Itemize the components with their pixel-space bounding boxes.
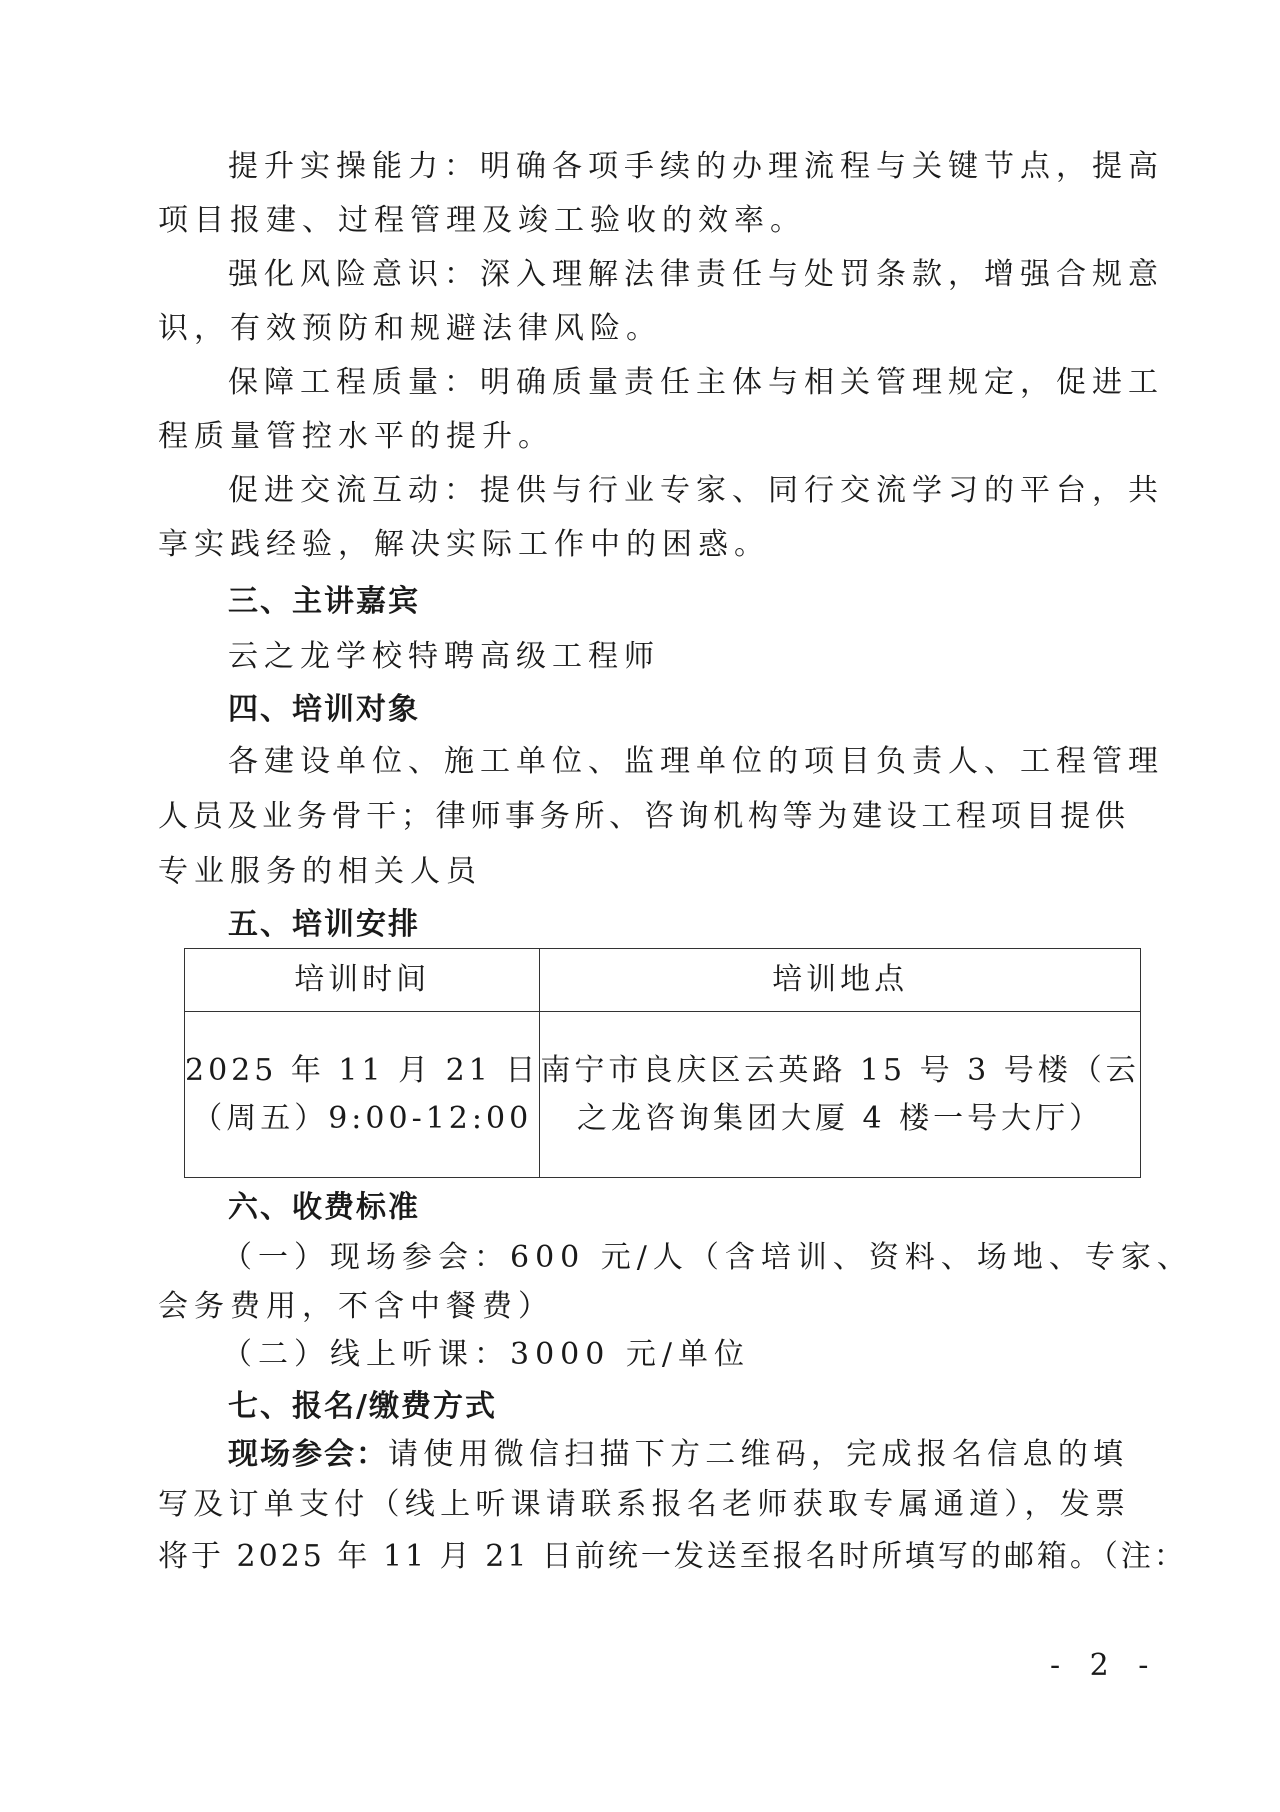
paragraph-quality-line-1: 保障工程质量：明确质量责任主体与相关管理规定，促进工 xyxy=(228,363,1128,403)
training-address-line-2: 之龙咨询集团大厦 4 楼一号大厅） xyxy=(540,1095,1139,1143)
registration-line-2: 写及订单支付（线上听课请联系报名老师获取专属通道），发票 xyxy=(158,1485,1128,1525)
fee-item-onsite-line-1: （一）现场参会：600 元/人（含培训、资料、场地、专家、 xyxy=(222,1238,1128,1278)
paragraph-risk-awareness-line-1: 强化风险意识：深入理解法律责任与处罚条款，增强合规意 xyxy=(228,255,1128,295)
header-training-time: 培训时间 xyxy=(185,949,540,1012)
page-number: - 2 - xyxy=(1050,1648,1158,1683)
section-heading-schedule: 五、培训安排 xyxy=(228,905,420,945)
training-date: 2025 年 11 月 21 日 xyxy=(185,1047,539,1095)
audience-line-2: 人员及业务骨干；律师事务所、咨询机构等为建设工程项目提供 xyxy=(158,797,1128,837)
section-heading-fees: 六、收费标准 xyxy=(228,1188,420,1228)
paragraph-exchange-line-1: 促进交流互动：提供与行业专家、同行交流学习的平台，共 xyxy=(228,471,1128,511)
registration-line-1-text: 请使用微信扫描下方二维码，完成报名信息的填 xyxy=(388,1435,1128,1475)
schedule-table-header-row: 培训时间 培训地点 xyxy=(185,949,1141,1012)
paragraph-practical-skills-line-1: 提升实操能力：明确各项手续的办理流程与关键节点，提高 xyxy=(228,147,1128,187)
cell-training-time: 2025 年 11 月 21 日 （周五）9:00-12:00 xyxy=(185,1012,540,1178)
registration-onsite-label: 现场参会： xyxy=(228,1435,388,1475)
training-hours: （周五）9:00-12:00 xyxy=(185,1095,539,1143)
section-heading-speaker: 三、主讲嘉宾 xyxy=(228,582,420,622)
cell-training-location: 南宁市良庆区云英路 15 号 3 号楼（云 之龙咨询集团大厦 4 楼一号大厅） xyxy=(540,1012,1140,1178)
section-heading-audience: 四、培训对象 xyxy=(228,690,420,730)
fee-item-online: （二）线上听课：3000 元/单位 xyxy=(222,1335,750,1375)
paragraph-risk-awareness-line-2: 识，有效预防和规避法律风险。 xyxy=(158,309,1128,349)
registration-line-1: 现场参会： 请使用微信扫描下方二维码，完成报名信息的填 xyxy=(228,1435,1128,1475)
paragraph-exchange-line-2: 享实践经验，解决实际工作中的困惑。 xyxy=(158,525,1128,565)
schedule-table: 培训时间 培训地点 2025 年 11 月 21 日 （周五）9:00-12:0… xyxy=(184,948,1141,1178)
fee-item-onsite-line-2: 会务费用，不含中餐费） xyxy=(158,1287,1128,1327)
paragraph-quality-line-2: 程质量管控水平的提升。 xyxy=(158,417,1128,457)
speaker-text: 云之龙学校特聘高级工程师 xyxy=(228,637,660,677)
header-training-location: 培训地点 xyxy=(540,949,1140,1012)
paragraph-practical-skills-line-2: 项目报建、过程管理及竣工验收的效率。 xyxy=(158,201,1128,241)
audience-line-1: 各建设单位、施工单位、监理单位的项目负责人、工程管理 xyxy=(228,742,1128,782)
table-row: 2025 年 11 月 21 日 （周五）9:00-12:00 南宁市良庆区云英… xyxy=(185,1012,1141,1178)
section-heading-registration: 七、报名/缴费方式 xyxy=(228,1387,497,1427)
audience-line-3: 专业服务的相关人员 xyxy=(158,852,1128,892)
training-address-line-1: 南宁市良庆区云英路 15 号 3 号楼（云 xyxy=(540,1047,1139,1095)
registration-line-3: 将于 2025 年 11 月 21 日前统一发送至报名时所填写的邮箱。（注： xyxy=(158,1537,1128,1577)
